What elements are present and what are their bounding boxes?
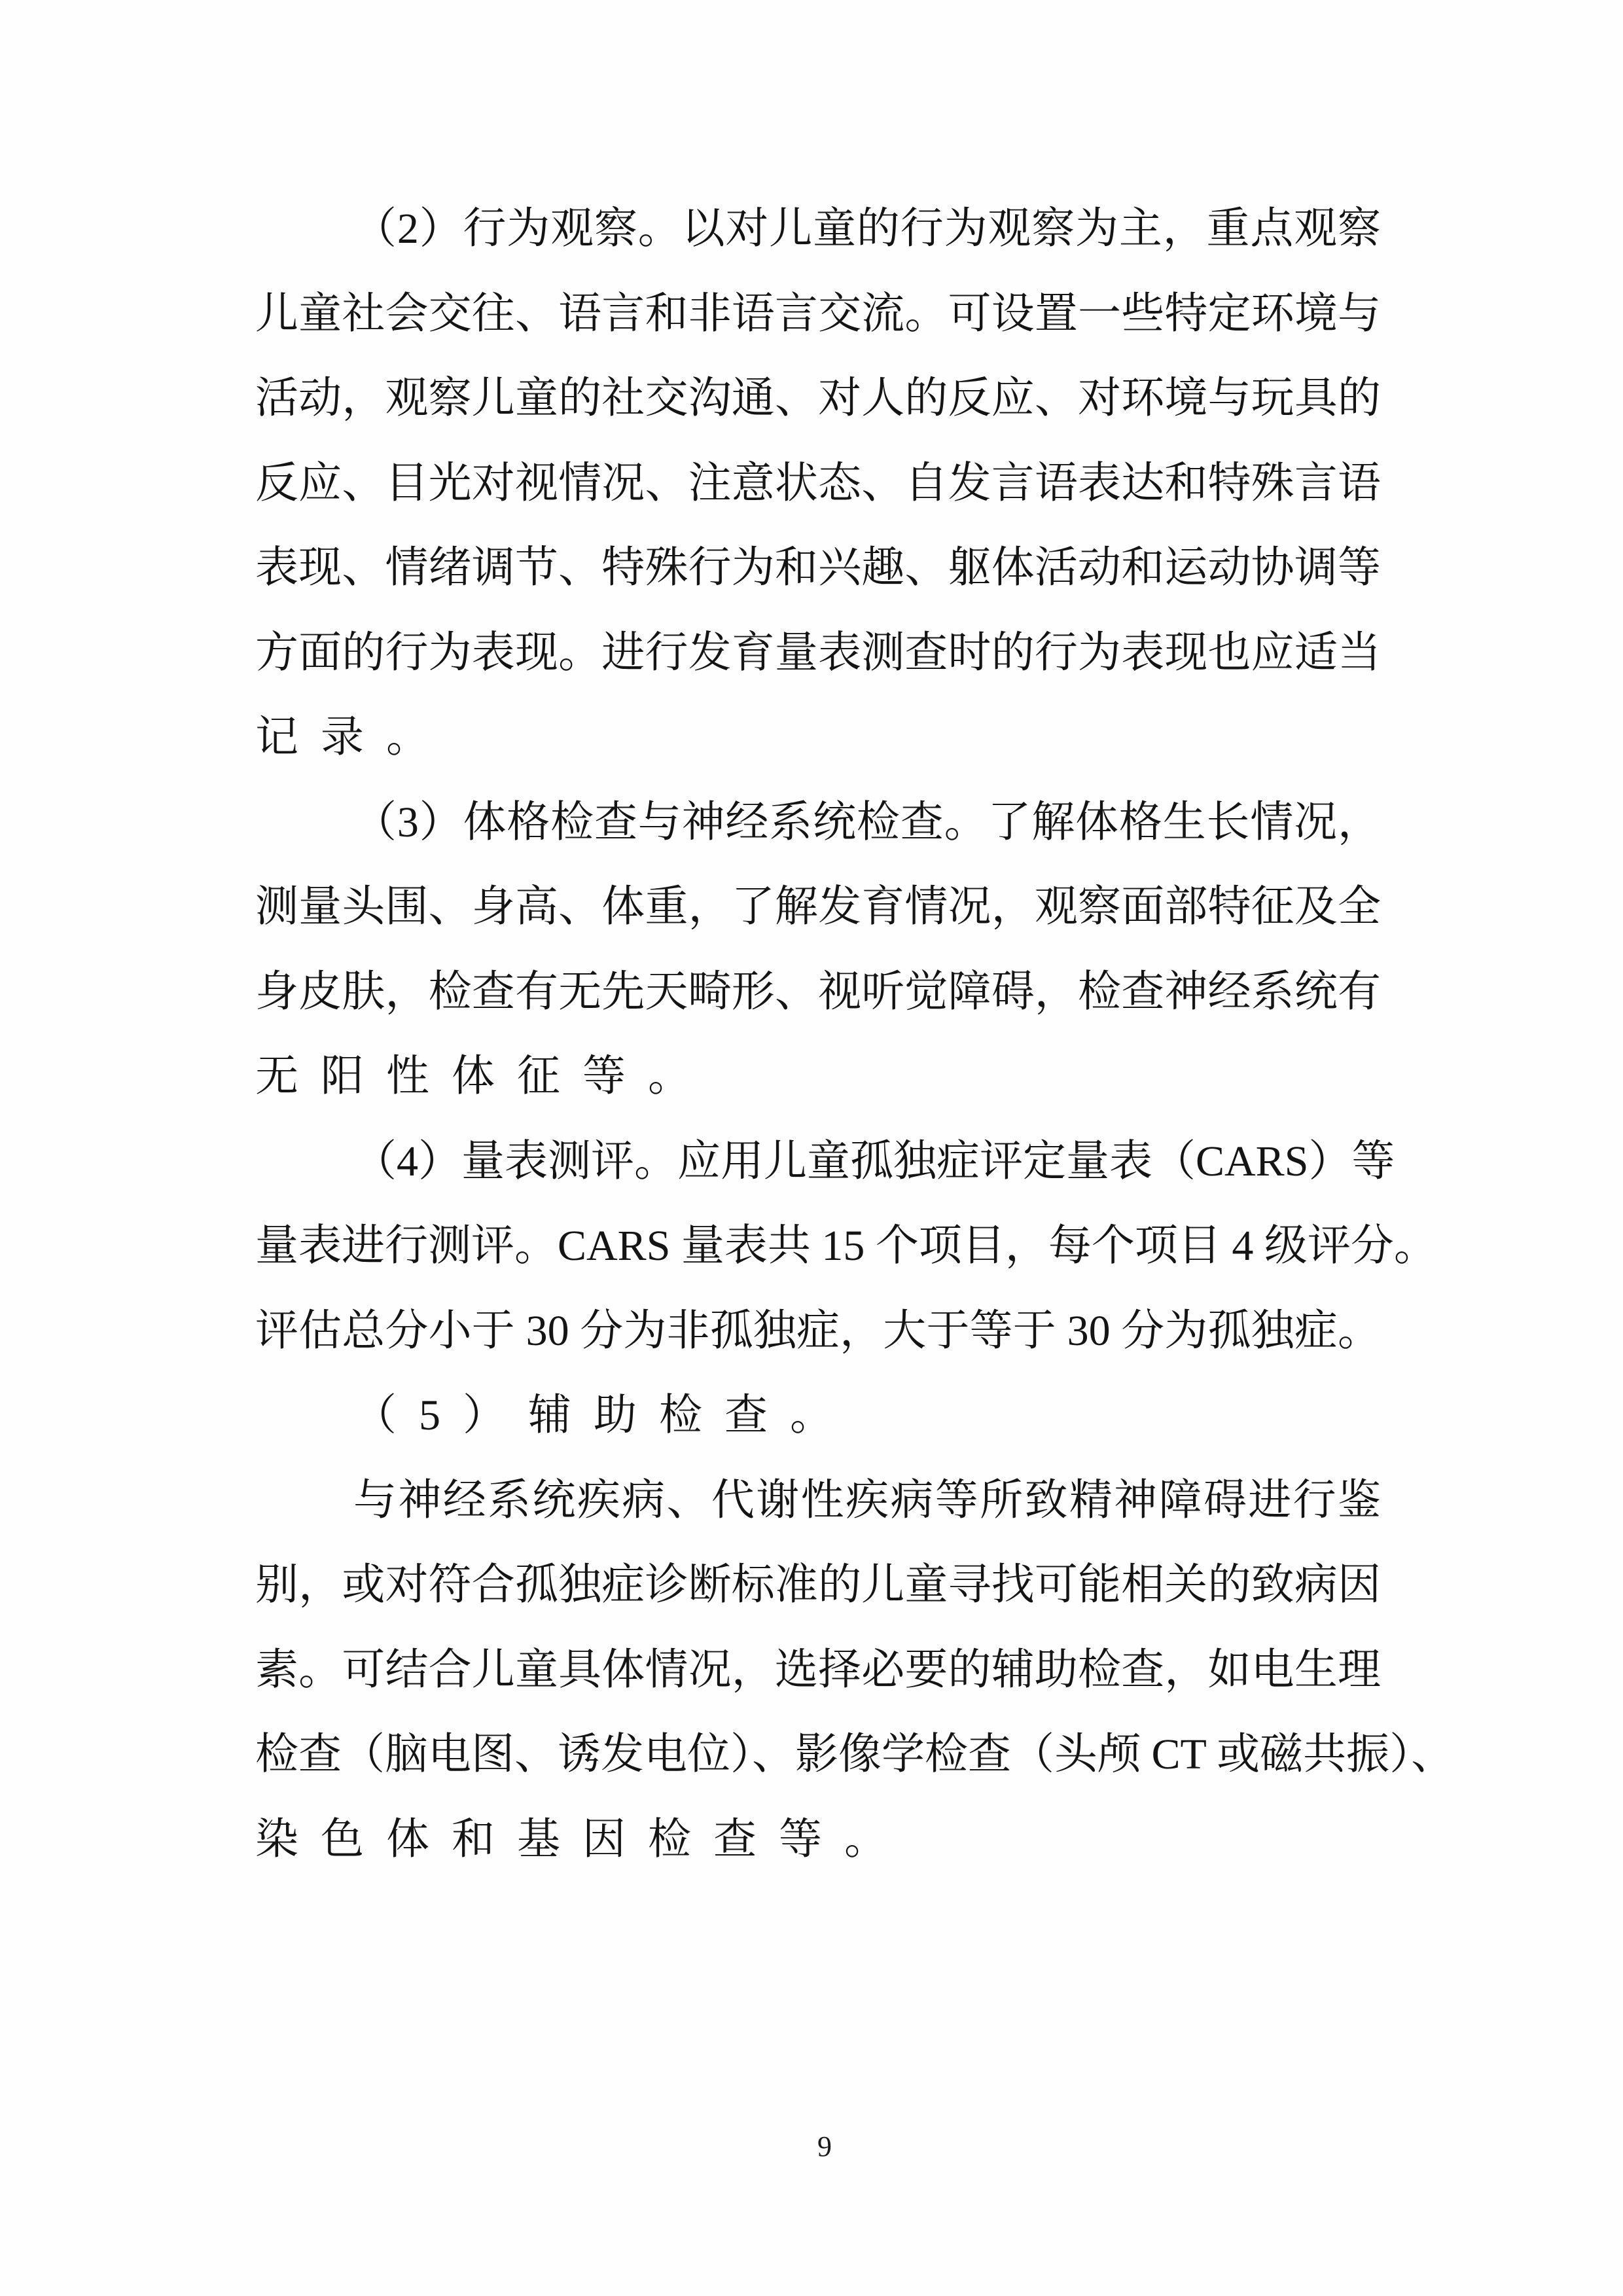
paragraph-4-line-3: 评估总分小于 30 分为非孤独症，大于等于 30 分为孤独症。 [255,1299,1381,1384]
paragraph-6-line-5: 染色体和基因检查等。 [255,1807,1381,1892]
paragraph-6-line-4: 检查（脑电图、诱发电位）、影像学检查（头颅 CT 或磁共振）、 [255,1722,1381,1807]
paragraph-2-line-5: 表现、情绪调节、特殊行为和兴趣、躯体活动和运动协调等 [255,535,1381,620]
paragraph-2-line-2: 儿童社会交往、语言和非语言交流。可设置一些特定环境与 [255,281,1381,367]
paragraph-2-line-6: 方面的行为表现。进行发育量表测查时的行为表现也应适当 [255,620,1381,706]
paragraph-3-line-1: （3）体格检查与神经系统检查。了解体格生长情况， [255,790,1381,875]
paragraph-2-line-3: 活动，观察儿童的社交沟通、对人的反应、对环境与玩具的 [255,366,1381,451]
paragraph-2-line-1: （2）行为观察。以对儿童的行为观察为主，重点观察 [255,196,1381,281]
paragraph-6-line-1: 与神经系统疾病、代谢性疾病等所致精神障碍进行鉴 [255,1468,1381,1553]
paragraph-2-line-7: 记录。 [255,705,1381,790]
paragraph-4-line-2: 量表进行测评。CARS 量表共 15 个项目，每个项目 4 级评分。 [255,1213,1381,1299]
paragraph-4-line-1: （4）量表测评。应用儿童孤独症评定量表（CARS）等 [255,1129,1381,1214]
paragraph-3-line-2: 测量头围、身高、体重，了解发育情况，观察面部特征及全 [255,874,1381,960]
paragraph-2-line-4: 反应、目光对视情况、注意状态、自发言语表达和特殊言语 [255,451,1381,536]
paragraph-3-line-4: 无阳性体征等。 [255,1044,1381,1129]
paragraph-6-line-3: 素。可结合儿童具体情况，选择必要的辅助检查，如电生理 [255,1638,1381,1723]
paragraph-3-line-3: 身皮肤，检查有无先天畸形、视听觉障碍，检查神经系统有 [255,960,1381,1045]
paragraph-5-heading: （5）辅助检查。 [255,1383,1381,1468]
page-number: 9 [805,2127,844,2166]
paragraph-6-line-2: 别，或对符合孤独症诊断标准的儿童寻找可能相关的致病因 [255,1552,1381,1638]
body-text: （2）行为观察。以对儿童的行为观察为主，重点观察 儿童社会交往、语言和非语言交流… [255,196,1381,1892]
document-page: （2）行为观察。以对儿童的行为观察为主，重点观察 儿童社会交往、语言和非语言交流… [0,0,1623,2296]
